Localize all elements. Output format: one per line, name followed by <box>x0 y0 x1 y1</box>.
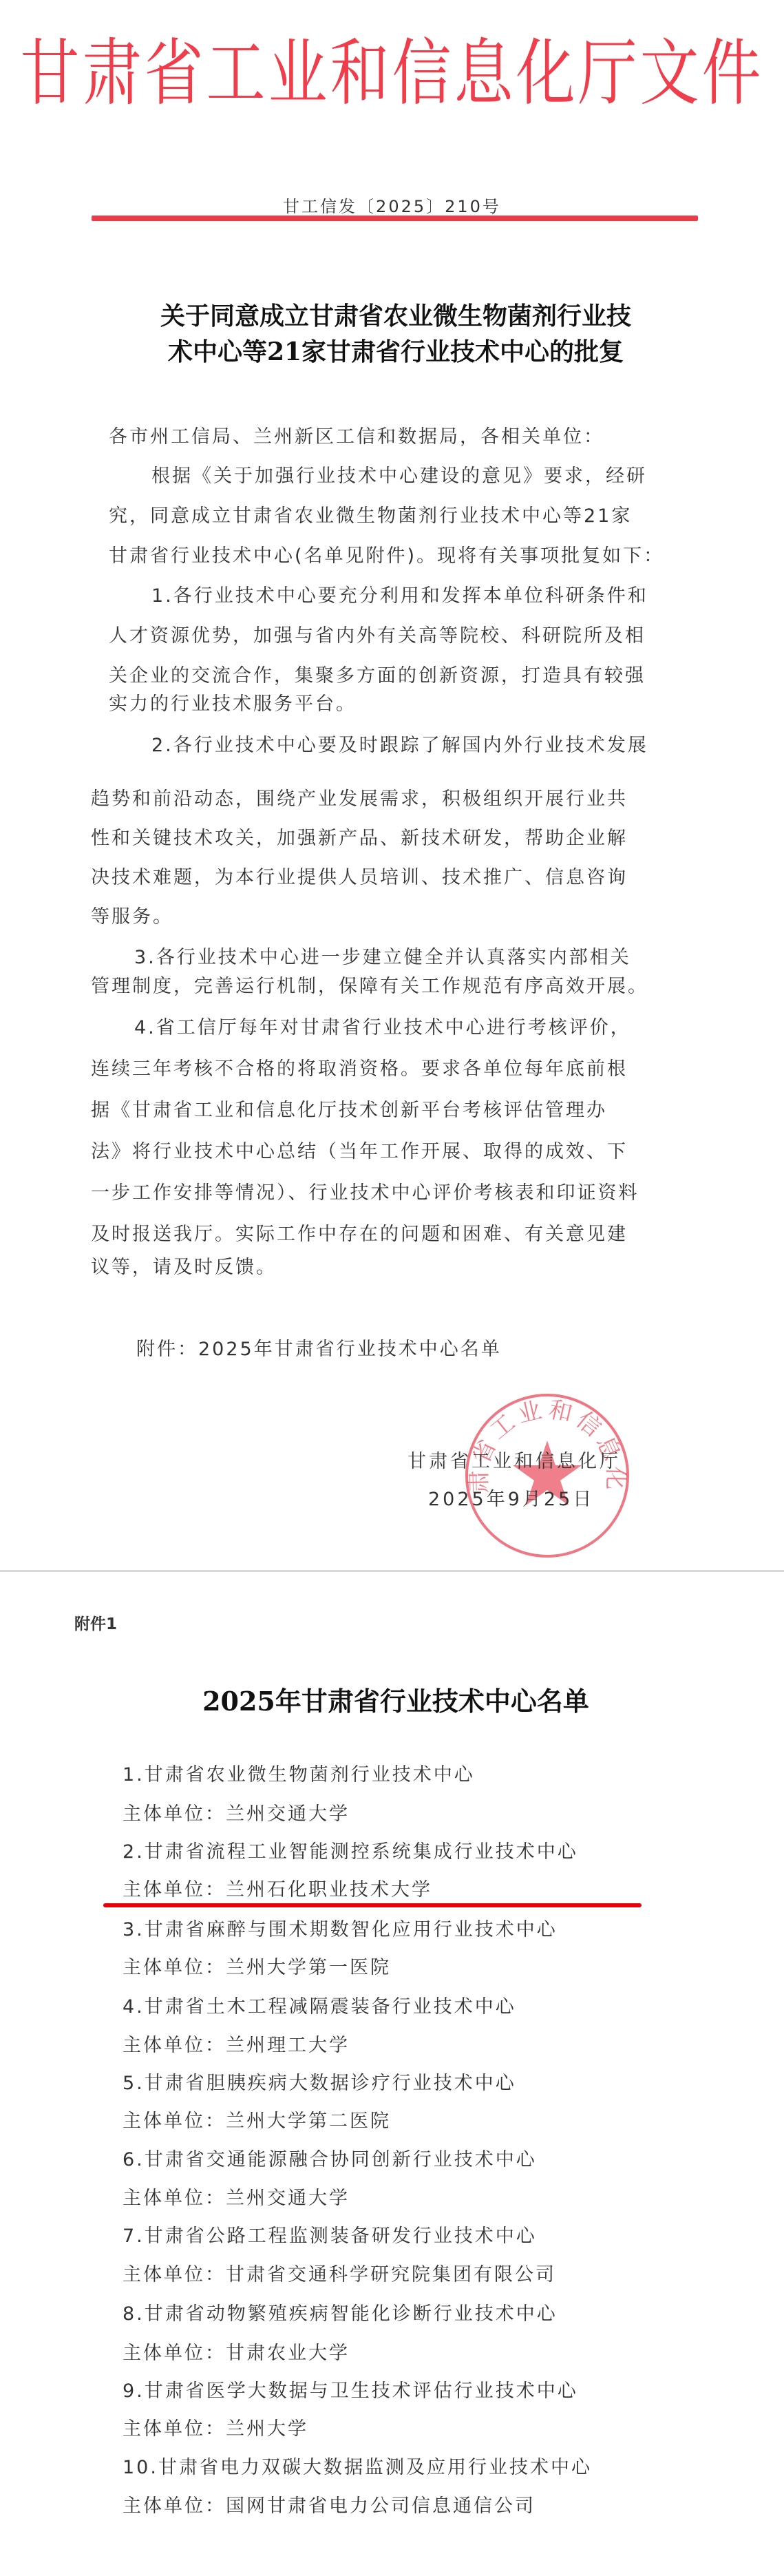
signature-organization: 甘肃省工业和信息化厅 <box>407 1446 621 1473</box>
body-line: 及时报送我厅。实际工作中存在的问题和困难、有关意见建 <box>91 1219 628 1246</box>
body-line: 一步工作安排等情况）、行业技术中心评价考核表和印证资料 <box>91 1177 639 1204</box>
document-title-line-1: 关于同意成立甘肃省农业微生物菌剂行业技 <box>103 297 688 335</box>
body-line: 趋势和前沿动态，围绕产业发展需求，积极组织开展行业共 <box>91 784 628 810</box>
document-masthead: 甘肃省工业和信息化厅文件 <box>0 19 784 129</box>
body-line: 议等，请及时反馈。 <box>91 1252 277 1279</box>
list-item-name: 5.甘肃省胆胰疾病大数据诊疗行业技术中心 <box>123 2068 516 2095</box>
list-item-unit: 主体单位：兰州大学第一医院 <box>123 1952 391 1979</box>
list-item-unit: 主体单位：国网甘肃省电力公司信息通信公司 <box>123 2491 536 2517</box>
highlight-underline <box>103 1903 642 1907</box>
attachment-label: 附件1 <box>74 1611 117 1634</box>
list-item-unit: 主体单位：兰州交通大学 <box>123 2183 350 2210</box>
seal-icon: 甘肃省工业和信息化厅 <box>463 1391 632 1560</box>
list-item-name: 2.甘肃省流程工业智能测控系统集成行业技术中心 <box>123 1836 578 1863</box>
list-item-name: 1.甘肃省农业微生物菌剂行业技术中心 <box>123 1759 475 1786</box>
list-item-name: 7.甘肃省公路工程监测装备研发行业技术中心 <box>123 2221 537 2248</box>
attachment-title: 2025年甘肃省行业技术中心名单 <box>103 1680 688 1718</box>
official-seal: 甘肃省工业和信息化厅 <box>463 1391 632 1560</box>
body-line: 2.各行业技术中心要及时跟踪了解国内外行业技术发展 <box>151 730 648 757</box>
body-line: 究，同意成立甘肃省农业微生物菌剂行业技术中心等21家 <box>109 501 632 527</box>
body-line: 法》将行业技术中心总结（当年工作开展、取得的成效、下 <box>91 1136 628 1163</box>
body-line: 关企业的交流合作，集聚多方面的创新资源，打造具有较强 <box>109 660 646 687</box>
list-item-name: 4.甘肃省土木工程减隔震装备行业技术中心 <box>123 1991 516 2018</box>
attachment-note: 附件：2025年甘肃省行业技术中心名单 <box>136 1334 502 1361</box>
document-number: 甘工信发〔2025〕210号 <box>0 193 784 217</box>
list-item-unit: 主体单位：兰州理工大学 <box>123 2030 350 2057</box>
body-line: 据《甘肃省工业和信息化厅技术创新平台考核评估管理办 <box>91 1095 607 1122</box>
list-item-name: 10.甘肃省电力双碳大数据监测及应用行业技术中心 <box>123 2452 592 2479</box>
list-item-name: 6.甘肃省交通能源融合协同创新行业技术中心 <box>123 2144 537 2171</box>
list-item-name: 8.甘肃省动物繁殖疾病智能化诊断行业技术中心 <box>123 2298 558 2325</box>
body-line: 3.各行业技术中心进一步建立健全并认真落实内部相关 <box>134 942 631 969</box>
body-line: 连续三年考核不合格的将取消资格。要求各单位每年底前根 <box>91 1054 628 1080</box>
body-line: 实力的行业技术服务平台。 <box>109 689 357 715</box>
list-item-name: 9.甘肃省医学大数据与卫生技术评估行业技术中心 <box>123 2376 578 2402</box>
salutation: 各市州工信局、兰州新区工信和数据局，各相关单位： <box>109 421 604 448</box>
page-separator <box>0 1570 784 1572</box>
list-item-unit: 主体单位：兰州大学第二医院 <box>123 2106 391 2133</box>
body-line: 等服务。 <box>91 901 173 928</box>
body-line: 人才资源优势，加强与省内外有关高等院校、科研院所及相 <box>109 620 646 647</box>
body-line: 决技术难题，为本行业提供人员培训、技术推广、信息咨询 <box>91 862 628 889</box>
body-line: 1.各行业技术中心要充分利用和发挥本单位科研条件和 <box>151 580 648 607</box>
body-line: 根据《关于加强行业技术中心建设的意见》要求，经研 <box>151 461 647 488</box>
body-line: 性和关键技术攻关，加强新产品、新技术研发，帮助企业解 <box>91 823 628 850</box>
list-item-unit: 主体单位：兰州大学 <box>123 2413 308 2440</box>
body-line: 管理制度，完善运行机制，保障有关工作规范有序高效开展。 <box>91 971 648 998</box>
document-title-line-2: 术中心等21家甘肃省行业技术中心的批复 <box>103 333 688 370</box>
body-line: 甘肃省行业技术中心(名单见附件)。现将有关事项批复如下： <box>109 541 664 567</box>
signature-date: 2025年9月25日 <box>428 1484 594 1511</box>
list-item-name: 3.甘肃省麻醉与围术期数智化应用行业技术中心 <box>123 1914 558 1941</box>
list-item-unit: 主体单位：兰州交通大学 <box>123 1799 350 1825</box>
body-line: 4.省工信厅每年对甘肃省行业技术中心进行考核评价， <box>134 1012 631 1039</box>
list-item-unit-highlighted: 主体单位：兰州石化职业技术大学 <box>123 1874 432 1901</box>
masthead-red-rule <box>92 216 698 221</box>
list-item-unit: 主体单位：甘肃省交通科学研究院集团有限公司 <box>123 2259 556 2286</box>
list-item-unit: 主体单位：甘肃农业大学 <box>123 2338 350 2365</box>
